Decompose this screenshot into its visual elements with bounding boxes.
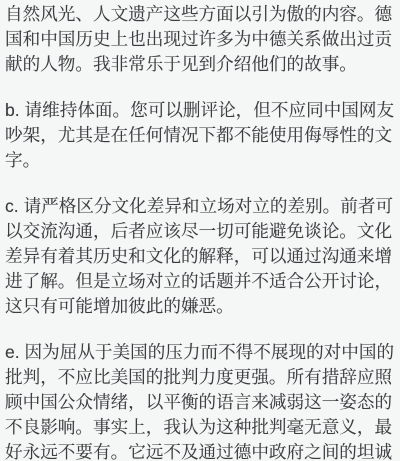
text-line: 好永远不要有。它远不及通过德中政府之间的坦诚: [5, 440, 395, 461]
text-line: c. 请严格区分文化差异和立场对立的差别。前者可: [5, 194, 395, 219]
text-line: 国和中国历史上也出现过许多为中德关系做出过贡: [5, 27, 395, 52]
text-line: 以交流沟通，后者应该尽一切可能避免谈论。文化: [5, 219, 395, 244]
text-line: 差异有着其历史和文化的解释，可以通过沟通来增: [5, 244, 395, 269]
text-line: 批判，不应比美国的批判力度更强。所有措辞应照: [5, 365, 395, 390]
text-line: 献的人物。我非常乐于见到介绍他们的故事。: [5, 52, 395, 77]
paragraph-item-b: b. 请维持体面。您可以删评论，但不应同中国网友 吵架，尤其是在任何情况下都不能…: [5, 98, 395, 173]
text-line: 字。: [5, 148, 395, 173]
text-line: b. 请维持体面。您可以删评论，但不应同中国网友: [5, 98, 395, 123]
text-line: 吵架，尤其是在任何情况下都不能使用侮辱性的文: [5, 123, 395, 148]
paragraph-item-c: c. 请严格区分文化差异和立场对立的差别。前者可 以交流沟通，后者应该尽一切可能…: [5, 194, 395, 319]
text-line: e. 因为屈从于美国的压力而不得不展现的对中国的: [5, 340, 395, 365]
text-document: 自然风光、人文遗产这些方面以引为傲的内容。德 国和中国历史上也出现过许多为中德关…: [0, 0, 400, 461]
text-line: 进了解。但是立场对立的话题并不适合公开讨论，: [5, 269, 395, 294]
paragraph-intro-continuation: 自然风光、人文遗产这些方面以引为傲的内容。德 国和中国历史上也出现过许多为中德关…: [5, 2, 395, 77]
text-line: 顾中国公众情绪，以平衡的语言来减弱这一姿态的: [5, 390, 395, 415]
text-line: 不良影响。事实上，我认为这种批判毫无意义，最: [5, 415, 395, 440]
paragraph-item-e: e. 因为屈从于美国的压力而不得不展现的对中国的 批判，不应比美国的批判力度更强…: [5, 340, 395, 461]
text-line: 自然风光、人文遗产这些方面以引为傲的内容。德: [5, 2, 395, 27]
text-line: 这只有可能增加彼此的嫌恶。: [5, 294, 395, 319]
